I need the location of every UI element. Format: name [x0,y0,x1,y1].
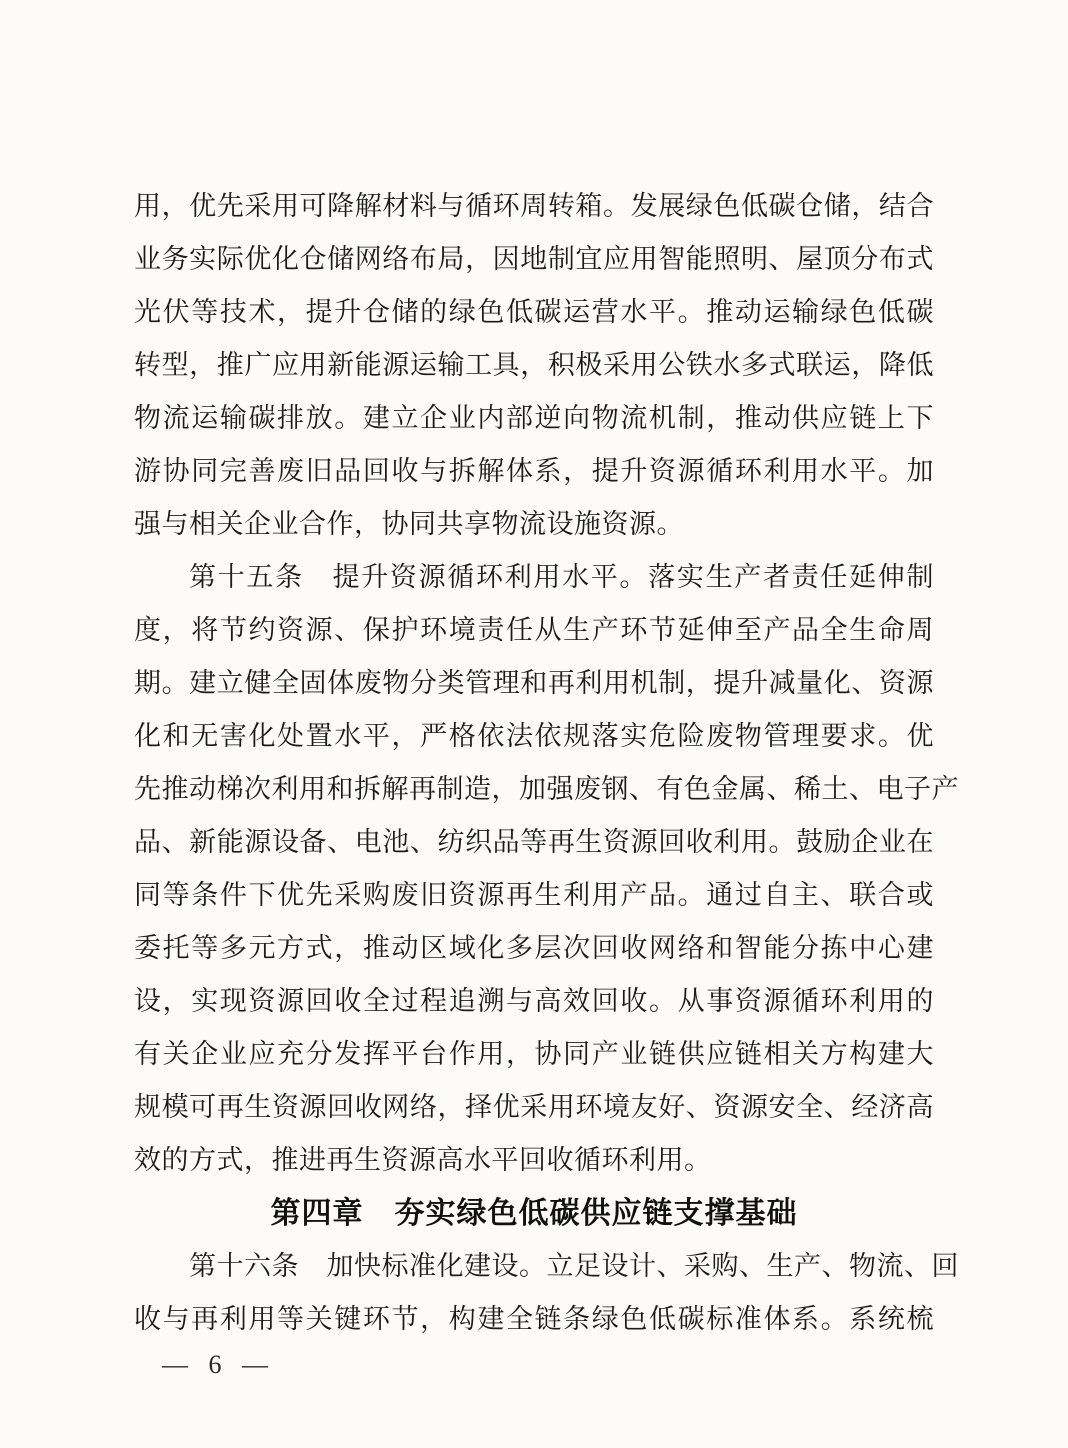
body-line: 收与再利用等关键环节，构建全链条绿色低碳标准体系。系统梳 [134,1293,934,1346]
body-line: 业务实际优化仓储网络布局，因地制宜应用智能照明、屋顶分布式 [134,233,934,286]
body-line: 设，实现资源回收全过程追溯与高效回收。从事资源循环利用的 [134,975,934,1028]
chapter-heading: 第四章 夯实绿色低碳供应链支撑基础 [134,1187,934,1240]
body-line: 光伏等技术，提升仓储的绿色低碳运营水平。推动运输绿色低碳 [134,286,934,339]
body-line: 游协同完善废旧品回收与拆解体系，提升资源循环利用水平。加 [134,445,934,498]
body-line: 规模可再生资源回收网络，择优采用环境友好、资源安全、经济高 [134,1081,934,1134]
body-line: 期。建立健全固体废物分类管理和再利用机制，提升减量化、资源 [134,657,934,710]
article-15-first-line: 第十五条 提升资源循环利用水平。落实生产者责任延伸制 [134,551,934,604]
document-page: 用，优先采用可降解材料与循环周转箱。发展绿色低碳仓储，结合 业务实际优化仓储网络… [0,0,1068,1448]
body-line: 有关企业应充分发挥平台作用，协同产业链供应链相关方构建大 [134,1028,934,1081]
body-line: 效的方式，推进再生资源高水平回收循环利用。 [134,1134,934,1187]
body-line: 用，优先采用可降解材料与循环周转箱。发展绿色低碳仓储，结合 [134,180,934,233]
body-line: 同等条件下优先采购废旧资源再生利用产品。通过自主、联合或 [134,869,934,922]
page-number: — 6 — [162,1350,275,1380]
body-line: 委托等多元方式，推动区域化多层次回收网络和智能分拣中心建 [134,922,934,975]
article-16-first-line: 第十六条 加快标准化建设。立足设计、采购、生产、物流、回 [134,1240,934,1293]
body-line: 转型，推广应用新能源运输工具，积极采用公铁水多式联运，降低 [134,339,934,392]
body-line: 物流运输碳排放。建立企业内部逆向物流机制，推动供应链上下 [134,392,934,445]
body-line: 先推动梯次利用和拆解再制造，加强废钢、有色金属、稀土、电子产 [134,763,934,816]
body-line: 度，将节约资源、保护环境责任从生产环节延伸至产品全生命周 [134,604,934,657]
body-line: 品、新能源设备、电池、纺织品等再生资源回收利用。鼓励企业在 [134,816,934,869]
body-line: 强与相关企业合作，协同共享物流设施资源。 [134,498,934,551]
document-body: 用，优先采用可降解材料与循环周转箱。发展绿色低碳仓储，结合 业务实际优化仓储网络… [134,180,934,1346]
body-line: 化和无害化处置水平，严格依法依规落实危险废物管理要求。优 [134,710,934,763]
